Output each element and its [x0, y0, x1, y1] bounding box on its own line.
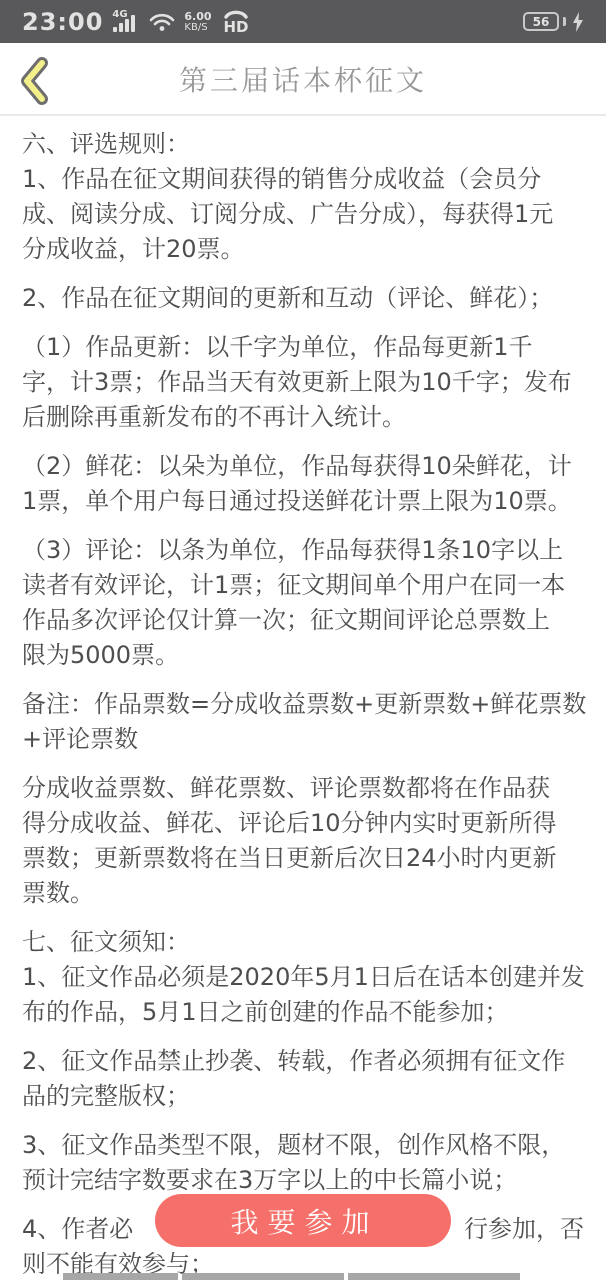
- text-line: 布的作品，5月1日之前创建的作品不能参加；: [22, 995, 584, 1030]
- text-line: 预计完结字数要求在3万字以上的中长篇小说；: [22, 1163, 584, 1198]
- text-line: （2）鲜花：以朵为单位，作品每获得10朵鲜花，计: [22, 449, 584, 484]
- table-cell-edge: [348, 1273, 520, 1280]
- text-line: 成、阅读分成、订阅分成、广告分成），每获得1元: [22, 197, 584, 232]
- table-cell-edge: [182, 1273, 344, 1280]
- chevron-left-icon: [16, 56, 52, 106]
- text-line: （3）评论：以条为单位，作品每获得1条10字以上: [22, 533, 584, 568]
- paragraph: 2、作品在征文期间的更新和互动（评论、鲜花）；: [22, 281, 584, 316]
- back-button[interactable]: [14, 57, 54, 105]
- paragraph-list: 六、评选规则：1、作品在征文期间获得的销售分成收益（会员分成、阅读分成、订阅分成…: [22, 127, 584, 1198]
- paragraph-covered: 我要参加 4、作者必 行参加，否 则不能有效参与；: [22, 1212, 584, 1280]
- hd-volte-icon: HD: [221, 9, 251, 35]
- join-button[interactable]: 我要参加: [155, 1194, 451, 1247]
- paragraph: 备注：作品票数=分成收益票数+更新票数+鲜花票数+评论票数: [22, 687, 584, 757]
- battery-indicator: 56: [523, 12, 559, 31]
- paragraph: 分成收益票数、鲜花票数、评论票数都将在作品获得分成收益、鲜花、评论后10分钟内实…: [22, 771, 584, 911]
- text-line: 3、征文作品类型不限，题材不限，创作风格不限，: [22, 1128, 584, 1163]
- text-line: （1）作品更新：以千字为单位，作品每更新1千: [22, 330, 584, 365]
- text-line: 字，计3票；作品当天有效更新上限为10千字；发布: [22, 365, 584, 400]
- network-speed: 6.00 KB/S: [184, 11, 211, 33]
- paragraph: （2）鲜花：以朵为单位，作品每获得10朵鲜花，计1票，单个用户每日通过投送鲜花计…: [22, 449, 584, 519]
- wifi-icon: [149, 12, 175, 32]
- text-line: 限为5000票。: [22, 638, 584, 673]
- text-line: +评论票数: [22, 722, 584, 757]
- text-line: 六、评选规则：: [22, 127, 584, 162]
- text-line: 1票，单个用户每日通过投送鲜花计票上限为10票。: [22, 484, 584, 519]
- paragraph: 七、征文须知：1、征文作品必须是2020年5月1日后在话本创建并发布的作品，5月…: [22, 925, 584, 1030]
- clock: 23:00: [22, 8, 103, 36]
- text-fragment-left: 4、作者必: [22, 1212, 133, 1247]
- text-line: 2、征文作品禁止抄袭、转载，作者必须拥有征文作: [22, 1044, 584, 1079]
- text-line: 1、征文作品必须是2020年5月1日后在话本创建并发: [22, 960, 584, 995]
- cellular-signal-icon: 4G: [112, 10, 140, 34]
- paragraph: 2、征文作品禁止抄袭、转载，作者必须拥有征文作品的完整版权；: [22, 1044, 584, 1114]
- paragraph: （1）作品更新：以千字为单位，作品每更新1千字，计3票；作品当天有效更新上限为1…: [22, 330, 584, 435]
- text-line: 品的完整版权；: [22, 1079, 584, 1114]
- battery-nub: [563, 17, 566, 26]
- text-line: 后删除再重新发布的不再计入统计。: [22, 400, 584, 435]
- table-cell-edge: [63, 1273, 178, 1280]
- rules-content[interactable]: 六、评选规则：1、作品在征文期间获得的销售分成收益（会员分成、阅读分成、订阅分成…: [0, 116, 606, 1280]
- text-line: 2、作品在征文期间的更新和互动（评论、鲜花）；: [22, 281, 584, 316]
- text-line: 备注：作品票数=分成收益票数+更新票数+鲜花票数: [22, 687, 584, 722]
- text-line: 票数。: [22, 876, 584, 911]
- text-line: 读者有效评论，计1票；征文期间单个用户在同一本: [22, 568, 584, 603]
- text-line: 分成收益票数、鲜花票数、评论票数都将在作品获: [22, 771, 584, 806]
- text-line: 得分成收益、鲜花、评论后10分钟内实时更新所得: [22, 806, 584, 841]
- text-line: 作品多次评论仅计算一次；征文期间评论总票数上: [22, 603, 584, 638]
- paragraph: 3、征文作品类型不限，题材不限，创作风格不限，预计完结字数要求在3万字以上的中长…: [22, 1128, 584, 1198]
- nav-header: 第三届话本杯征文: [0, 43, 606, 116]
- text-line: 七、征文须知：: [22, 925, 584, 960]
- text-line: 1、作品在征文期间获得的销售分成收益（会员分: [22, 162, 584, 197]
- text-line: 分成收益，计20票。: [22, 232, 584, 267]
- status-bar: 23:00 4G 6.00 KB/S HD 56: [0, 0, 606, 43]
- charging-bolt-icon: [572, 12, 584, 32]
- text-fragment-right: 行参加，否: [464, 1212, 584, 1247]
- svg-text:HD: HD: [223, 18, 248, 35]
- paragraph: （3）评论：以条为单位，作品每获得1条10字以上读者有效评论，计1票；征文期间单…: [22, 533, 584, 673]
- bottom-table-edge: [0, 1273, 606, 1280]
- paragraph: 六、评选规则：1、作品在征文期间获得的销售分成收益（会员分成、阅读分成、订阅分成…: [22, 127, 584, 267]
- text-line: 票数；更新票数将在当日更新后次日24小时内更新: [22, 841, 584, 876]
- page-title: 第三届话本杯征文: [179, 59, 427, 99]
